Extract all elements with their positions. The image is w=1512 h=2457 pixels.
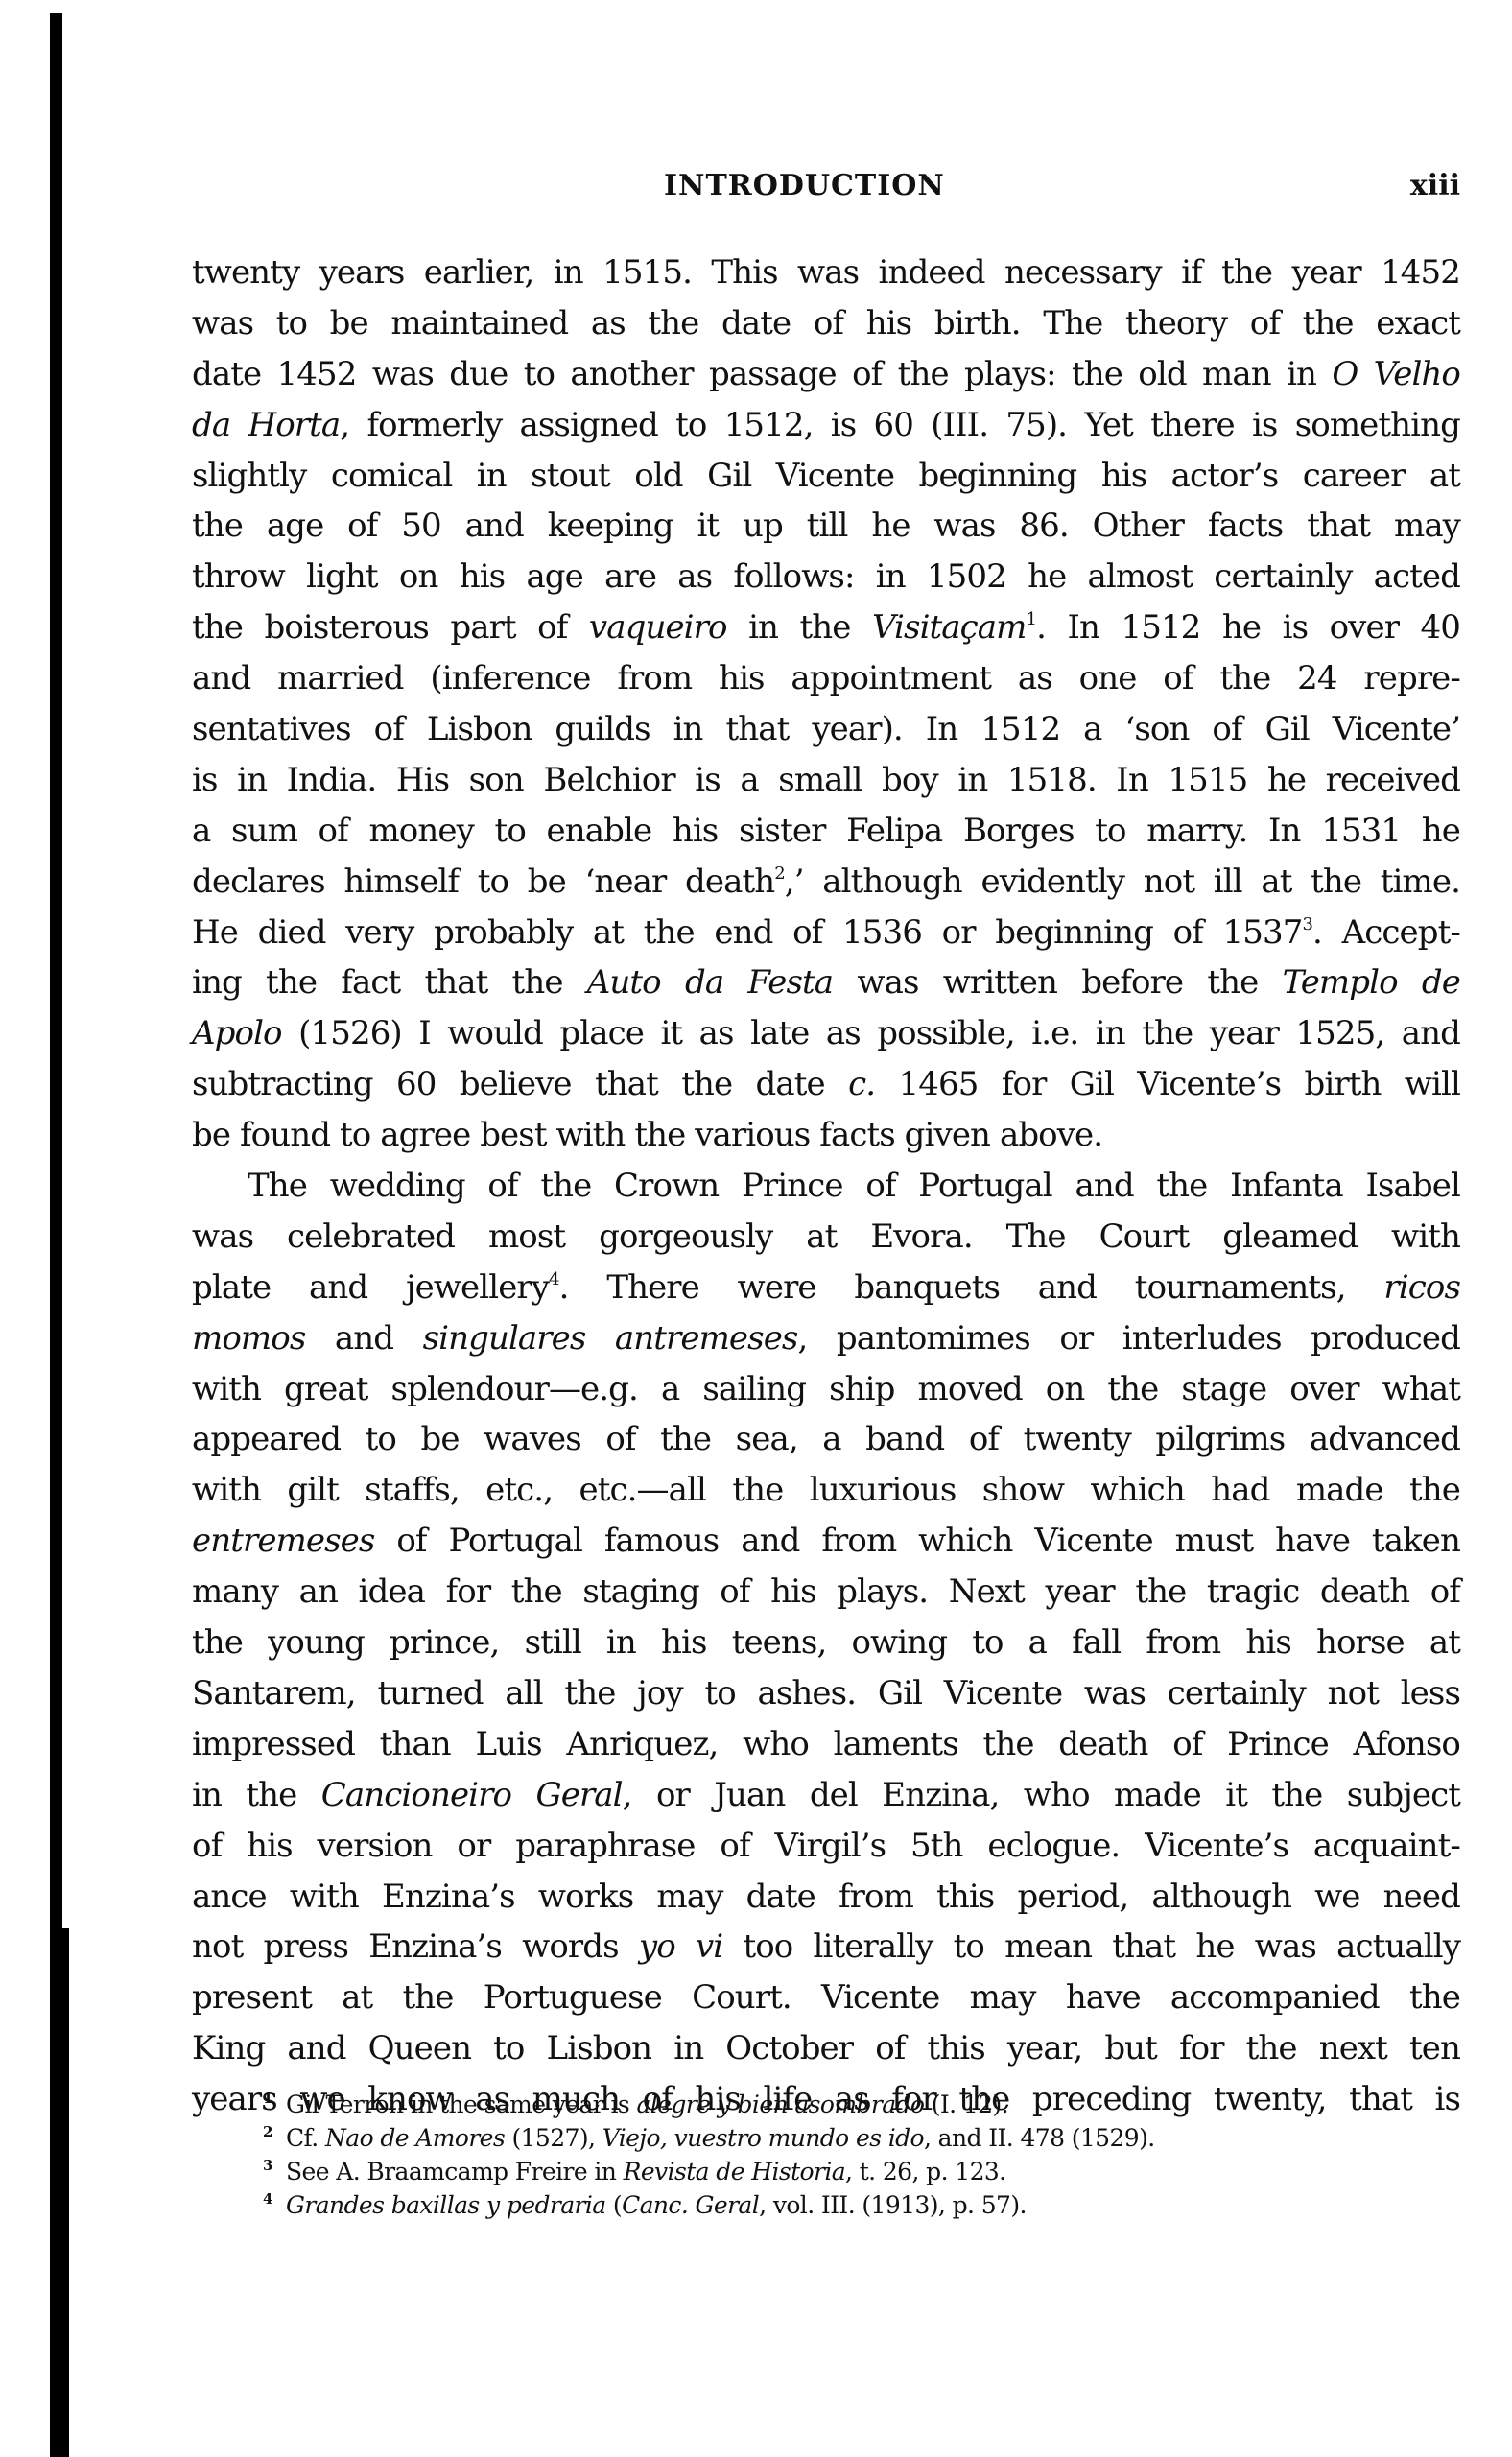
italic-text: ricos	[1383, 1268, 1460, 1307]
text-run: was written before the	[833, 963, 1282, 1002]
italic-text: Cancioneiro Geral	[321, 1776, 623, 1814]
text-line: with great splendour—e.g. a sailing ship…	[192, 1364, 1460, 1415]
text-line: of his version or paraphrase of Virgil’s…	[192, 1821, 1460, 1872]
footnote: 2Cf. Nao de Amores (1527), Viejo, vuestr…	[286, 2121, 1341, 2155]
text-run: in the	[727, 608, 872, 647]
text-run: . Accept-	[1312, 913, 1460, 952]
text-line: throw light on his age are as follows: i…	[192, 552, 1460, 602]
text-run: The wedding of the Crown Prince of Portu…	[248, 1167, 1460, 1205]
footnote-reference: 4	[549, 1269, 559, 1289]
text-run: was celebrated most gorgeously at Evora.…	[192, 1217, 1460, 1256]
italic-text: O Velho	[1332, 355, 1460, 393]
running-head: INTRODUCTION xiii	[192, 163, 1460, 211]
text-run: present at the Portuguese Court. Vicente…	[192, 1978, 1460, 2017]
text-run: the age of 50 and keeping it up till he …	[192, 507, 1460, 545]
text-line: present at the Portuguese Court. Vicente…	[192, 1973, 1460, 2023]
text-run: See A. Braamcamp Freire in	[286, 2158, 624, 2185]
text-line: Apolo (1526) I would place it as late as…	[192, 1008, 1460, 1059]
italic-text: alegre y bien asombrado	[636, 2091, 924, 2118]
text-run: plate and jewellery	[192, 1268, 549, 1307]
text-run: He died very probably at the end of 1536…	[192, 913, 1302, 952]
text-run: and married (inference from his appointm…	[192, 659, 1460, 697]
text-line: with gilt staffs, etc., etc.—all the lux…	[192, 1465, 1460, 1516]
text-run: , formerly assigned to 1512, is 60 (III.…	[340, 406, 1460, 444]
text-run: was to be maintained as the date of his …	[192, 304, 1460, 343]
text-line: ing the fact that the Auto da Festa was …	[192, 957, 1460, 1008]
text-run: ance with Enzina’s works may date from t…	[192, 1878, 1460, 1916]
footnote-mark: 4	[263, 2183, 272, 2216]
text-run: (I. 12).	[924, 2091, 1008, 2118]
text-run: slightly comical in stout old Gil Vicent…	[192, 457, 1460, 495]
text-run: throw light on his age are as follows: i…	[192, 557, 1460, 596]
footnote-reference: 2	[774, 863, 785, 884]
text-run: is in India. His son Belchior is a small…	[192, 761, 1460, 799]
italic-text: c.	[848, 1065, 875, 1103]
text-run: be found to agree best with the various …	[192, 1116, 1102, 1154]
body-text: twenty years earlier, in 1515. This was …	[192, 248, 1460, 2125]
italic-text: Templo de	[1283, 963, 1460, 1002]
text-run: , vol. III. (1913), p. 57).	[759, 2191, 1027, 2219]
text-line: da Horta, formerly assigned to 1512, is …	[192, 400, 1460, 451]
text-run: Santarem, turned all the joy to ashes. G…	[192, 1674, 1460, 1713]
text-run: with great splendour—e.g. a sailing ship…	[192, 1370, 1460, 1408]
text-line: King and Queen to Lisbon in October of t…	[192, 2023, 1460, 2074]
italic-text: Visitaçam	[872, 608, 1027, 647]
text-run: ing the fact that the	[192, 963, 587, 1002]
text-run: ,’ although evidently not ill at the tim…	[785, 862, 1460, 901]
footnote-mark: 2	[263, 2115, 272, 2149]
footnote-reference: 1	[1027, 609, 1037, 629]
text-line: appeared to be waves of the sea, a band …	[192, 1414, 1460, 1465]
text-line: a sum of money to enable his sister Feli…	[192, 806, 1460, 857]
text-run: , t. 26, p. 123.	[845, 2158, 1006, 2185]
footnote-reference: 3	[1302, 914, 1312, 934]
text-line: entremeses of Portugal famous and from w…	[192, 1516, 1460, 1567]
italic-text: yo vi	[639, 1927, 722, 1966]
text-line: is in India. His son Belchior is a small…	[192, 755, 1460, 806]
text-line: Santarem, turned all the joy to ashes. G…	[192, 1668, 1460, 1719]
text-run: (1526) I would place it as late as possi…	[282, 1014, 1460, 1052]
italic-text: Grandes baxillas y pedraria	[286, 2191, 606, 2219]
text-run: , pantomimes or interludes produced	[797, 1319, 1460, 1358]
text-run: Gil Terron in the same year is	[286, 2091, 636, 2118]
text-run: declares himself to be ‘near death	[192, 862, 774, 901]
text-run: twenty years earlier, in 1515. This was …	[192, 253, 1460, 292]
footnote: 4Grandes baxillas y pedraria (Canc. Gera…	[286, 2188, 1341, 2222]
italic-text: Nao de Amores	[325, 2124, 505, 2152]
text-run: and	[305, 1319, 422, 1358]
text-run: , and II. 478 (1529).	[924, 2124, 1155, 2152]
text-run: the young prince, still in his teens, ow…	[192, 1623, 1460, 1662]
text-run: many an idea for the staging of his play…	[192, 1572, 1460, 1611]
text-line: was celebrated most gorgeously at Evora.…	[192, 1212, 1460, 1263]
footnotes: 1Gil Terron in the same year is alegre y…	[286, 2088, 1341, 2222]
italic-text: da Horta	[192, 406, 340, 444]
scan-binding-edge-lower	[56, 1928, 69, 2457]
text-line: declares himself to be ‘near death2,’ al…	[192, 857, 1460, 908]
text-line: impressed than Luis Anriquez, who lament…	[192, 1719, 1460, 1770]
text-line: momos and singulares antremeses, pantomi…	[192, 1313, 1460, 1364]
text-run: the boisterous part of	[192, 608, 589, 647]
text-run: , or Juan del Enzina, who made it the su…	[623, 1776, 1460, 1814]
text-run: of his version or paraphrase of Virgil’s…	[192, 1827, 1460, 1865]
italic-text: singulares antremeses	[423, 1319, 798, 1358]
footnote: 1Gil Terron in the same year is alegre y…	[286, 2088, 1341, 2121]
text-line: and married (inference from his appointm…	[192, 653, 1460, 704]
italic-text: Auto da Festa	[587, 963, 833, 1002]
text-line: the young prince, still in his teens, ow…	[192, 1618, 1460, 1668]
text-run: not press Enzina’s words	[192, 1927, 639, 1966]
text-line: plate and jewellery4. There were banquet…	[192, 1263, 1460, 1313]
text-line: be found to agree best with the various …	[192, 1110, 1460, 1161]
text-run: date 1452 was due to another passage of …	[192, 355, 1332, 393]
italic-text: vaqueiro	[589, 608, 727, 647]
text-line: the age of 50 and keeping it up till he …	[192, 501, 1460, 552]
text-line: subtracting 60 believe that the date c. …	[192, 1059, 1460, 1110]
book-page: INTRODUCTION xiii twenty years earlier, …	[192, 163, 1460, 2125]
text-run: appeared to be waves of the sea, a band …	[192, 1420, 1460, 1458]
italic-text: Apolo	[192, 1014, 282, 1052]
text-run: (1527),	[505, 2124, 602, 2152]
text-run: Cf.	[286, 2124, 325, 2152]
text-line: the boisterous part of vaqueiro in the V…	[192, 602, 1460, 653]
text-run: in the	[192, 1776, 321, 1814]
text-run: King and Queen to Lisbon in October of t…	[192, 2029, 1460, 2067]
footnote: 3See A. Braamcamp Freire in Revista de H…	[286, 2155, 1341, 2188]
text-line: He died very probably at the end of 1536…	[192, 908, 1460, 958]
text-run: of Portugal famous and from which Vicent…	[374, 1522, 1460, 1560]
text-line: sentatives of Lisbon guilds in that year…	[192, 704, 1460, 755]
text-run: subtracting 60 believe that the date	[192, 1065, 848, 1103]
page-number: xiii	[1410, 169, 1460, 202]
text-line: in the Cancioneiro Geral, or Juan del En…	[192, 1770, 1460, 1821]
text-run: impressed than Luis Anriquez, who lament…	[192, 1725, 1460, 1763]
text-run: sentatives of Lisbon guilds in that year…	[192, 710, 1460, 748]
text-run: a sum of money to enable his sister Feli…	[192, 812, 1460, 850]
text-line: many an idea for the staging of his play…	[192, 1567, 1460, 1618]
text-line: The wedding of the Crown Prince of Portu…	[192, 1161, 1460, 1212]
text-run: . In 1512 he is over 40	[1036, 608, 1460, 647]
text-line: date 1452 was due to another passage of …	[192, 349, 1460, 400]
text-run: too literally to mean that he was actual…	[722, 1927, 1460, 1966]
italic-text: entremeses	[192, 1522, 374, 1560]
text-line: not press Enzina’s words yo vi too liter…	[192, 1922, 1460, 1973]
footnote-mark: 3	[263, 2149, 272, 2183]
text-line: was to be maintained as the date of his …	[192, 298, 1460, 349]
text-run: . There were banquets and tournaments,	[559, 1268, 1384, 1307]
italic-text: momos	[192, 1319, 305, 1358]
text-line: ance with Enzina’s works may date from t…	[192, 1872, 1460, 1923]
text-line: slightly comical in stout old Gil Vicent…	[192, 451, 1460, 502]
italic-text: Revista de Historia	[624, 2158, 845, 2185]
text-line: twenty years earlier, in 1515. This was …	[192, 248, 1460, 298]
text-run: with gilt staffs, etc., etc.—all the lux…	[192, 1471, 1460, 1509]
footnote-mark: 1	[263, 2082, 272, 2115]
italic-text: Canc. Geral	[622, 2191, 759, 2219]
italic-text: Viejo, vuestro mundo es ido	[602, 2124, 924, 2152]
text-run: (	[606, 2191, 623, 2219]
text-run: 1465 for Gil Vicente’s birth will	[875, 1065, 1460, 1103]
running-head-title: INTRODUCTION	[664, 169, 945, 202]
